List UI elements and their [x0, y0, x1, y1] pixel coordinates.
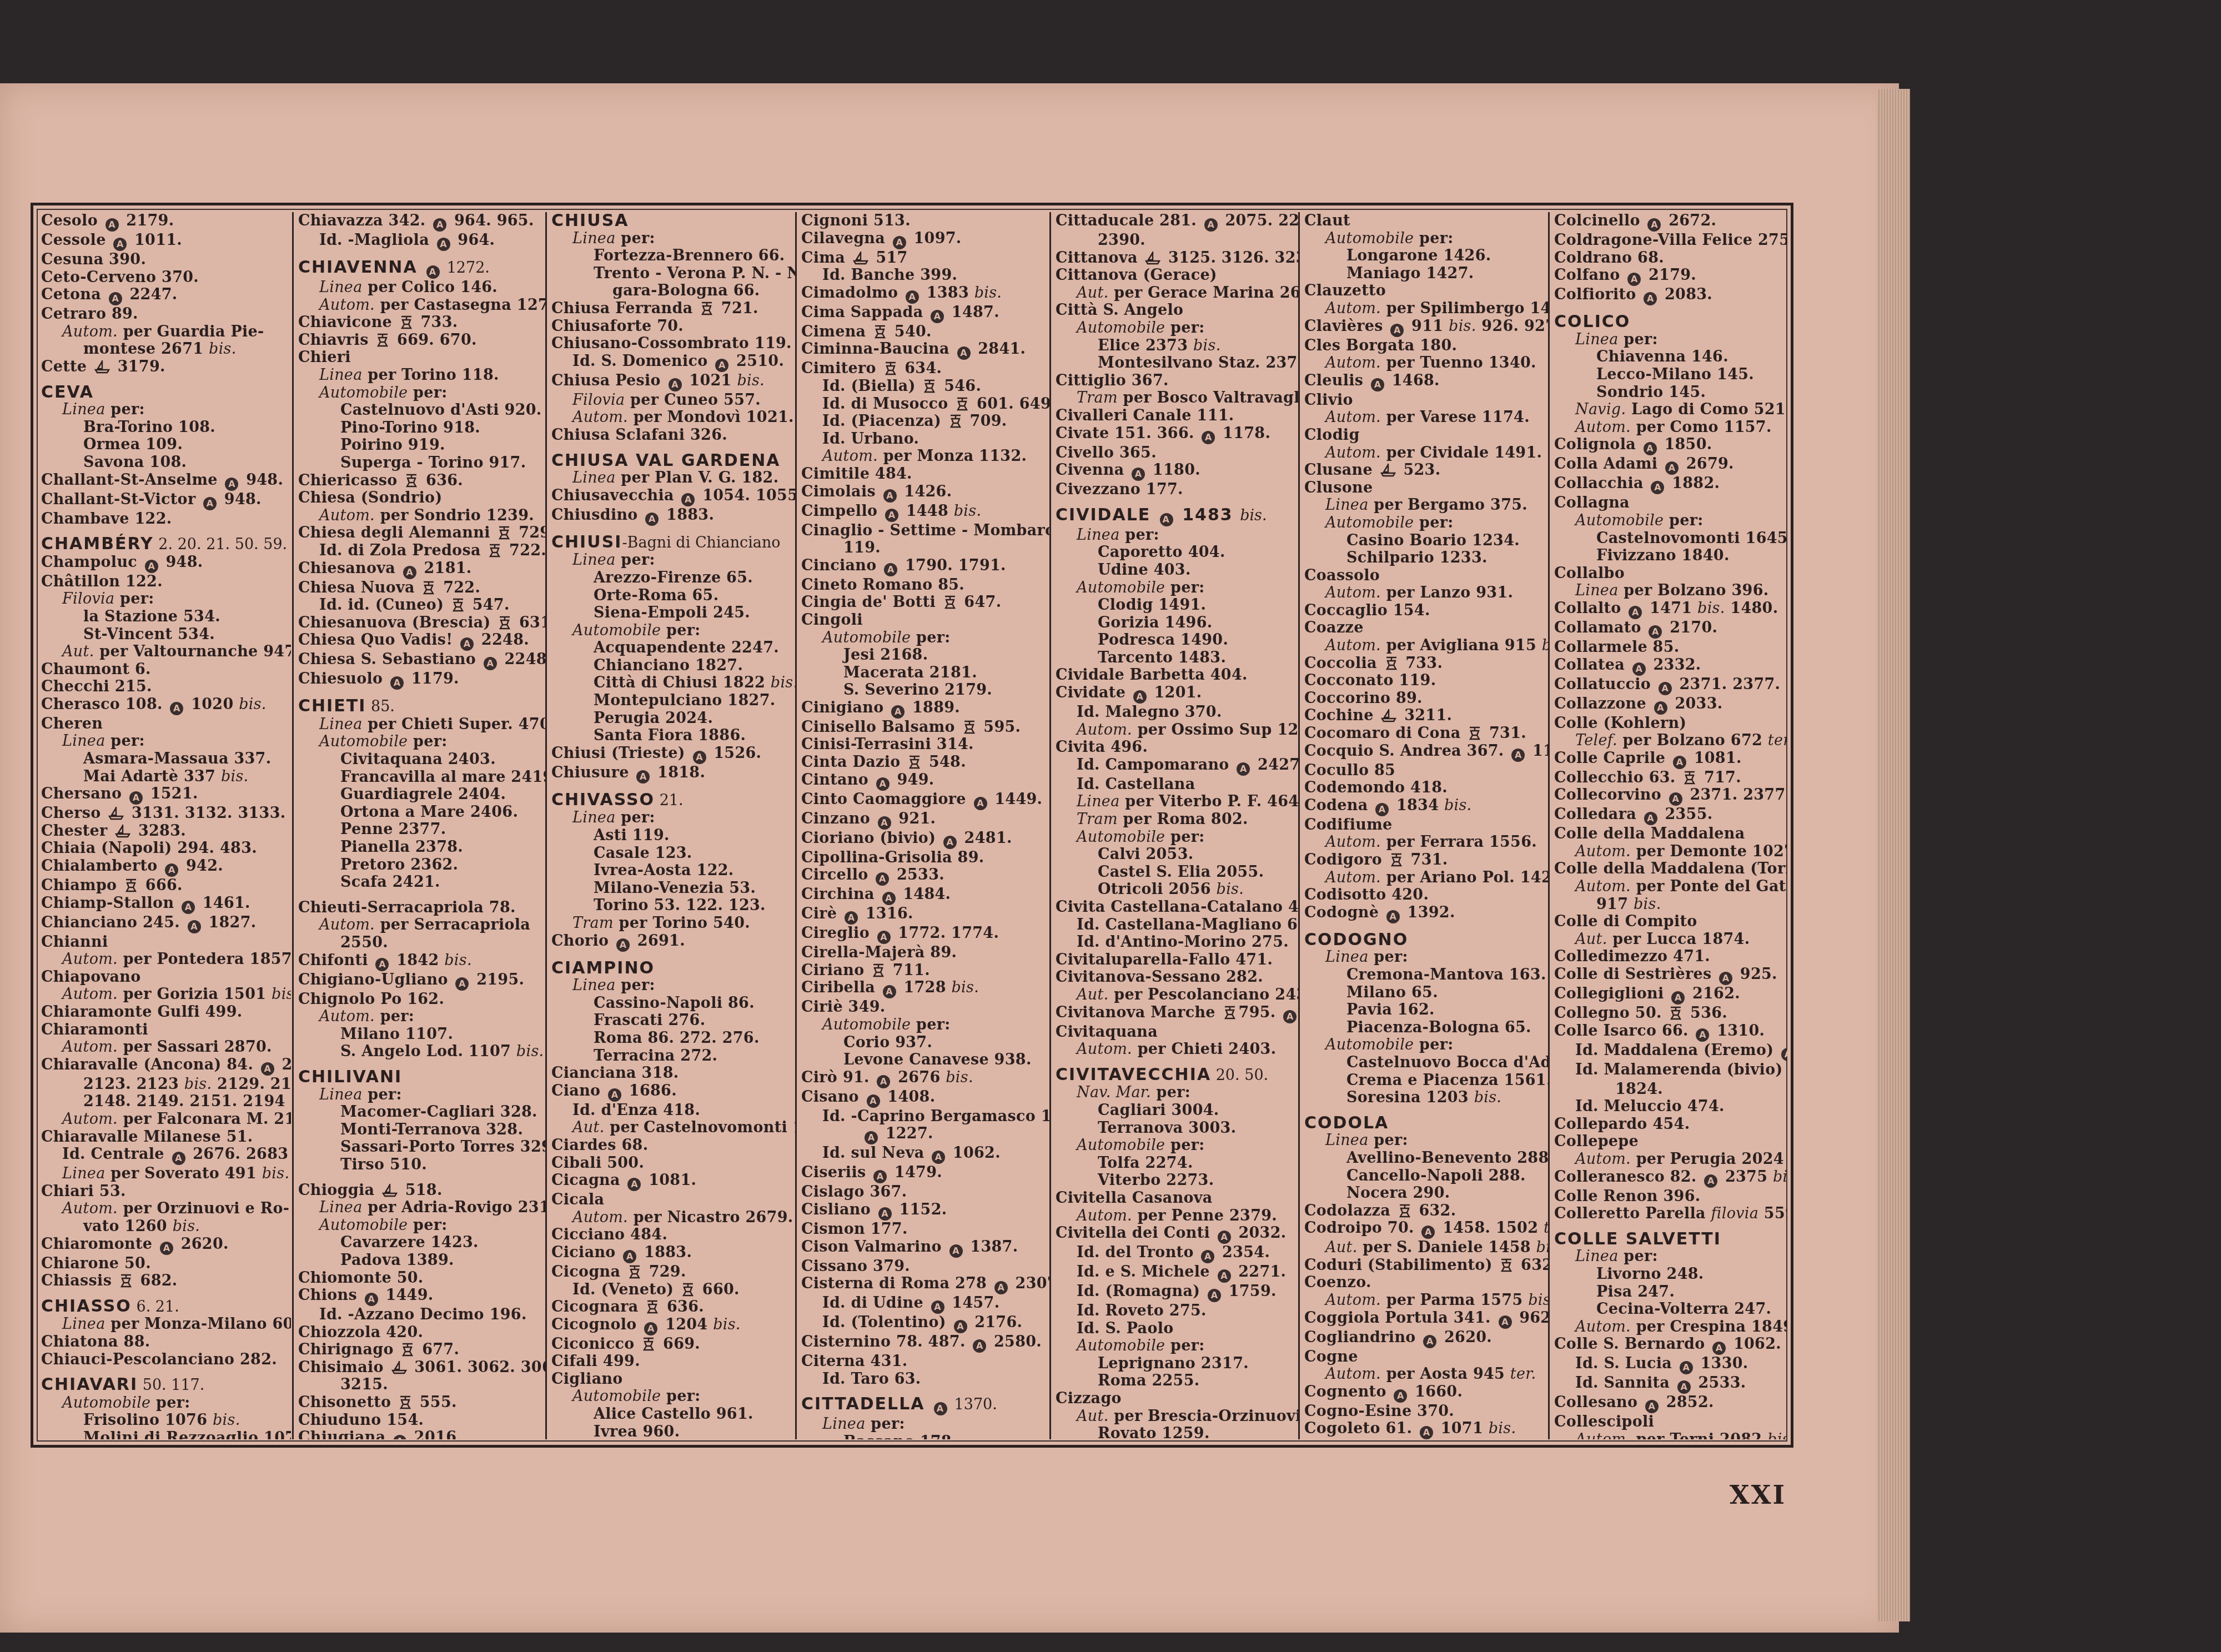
transport-type-label: Autom.: [1077, 1207, 1132, 1224]
entry-text: Collesano: [1554, 1394, 1643, 1411]
entry-text: per Nicastro 2679.: [628, 1209, 793, 1226]
entry-text: Colleranesco 82.: [1554, 1168, 1702, 1186]
entry-text: CHIAVENNA: [298, 258, 424, 277]
tram-icon: [642, 1337, 655, 1351]
index-subentry: Casale 123.: [551, 845, 796, 862]
entry-text: CODOLA: [1304, 1113, 1389, 1133]
transport-type-label: Linea: [319, 1086, 363, 1103]
entry-text: Id. Castellana-Magliano 65. 84.: [1077, 916, 1299, 933]
transport-type-label: Autom.: [572, 1209, 628, 1226]
index-entry: Cimadolmo A 1383 bis.: [801, 284, 1050, 304]
entry-text: Chisonetto: [298, 1394, 396, 1411]
bus-icon: A: [170, 702, 183, 715]
index-entry: Champoluc A 948.: [41, 554, 291, 573]
index-entry: Chirignago 677.: [298, 1341, 546, 1359]
entry-text: 1330.: [1695, 1355, 1748, 1372]
entry-text: Cirella-Majerà 89.: [801, 944, 957, 961]
tram-icon: [1683, 770, 1696, 785]
entry-text: Clauzetto: [1304, 282, 1386, 299]
index-entry: Cherasco 108. A 1020 bis.: [41, 696, 291, 715]
entry-text: per:: [114, 590, 154, 607]
index-entry: Chioggia 518.: [298, 1182, 546, 1199]
index-entry: Civitella Casanova: [1056, 1189, 1299, 1207]
transport-type-label: Autom.: [1325, 584, 1381, 601]
entry-text: Alice Castello 961.: [594, 1405, 753, 1423]
transport-type-label: Autom.: [1325, 637, 1381, 654]
entry-text: 2195.: [471, 971, 524, 988]
index-subentry: Id. sul Neva A 1062.: [801, 1144, 1050, 1164]
index-entry: Coldrano 68.: [1554, 249, 1787, 267]
bus-icon: A: [1673, 756, 1686, 769]
index-subentry: Tolfa 2274.: [1056, 1154, 1299, 1172]
index-entry: Chiesanuova (Brescia) 631.: [298, 614, 546, 632]
index-subentry: Linea per:: [1304, 948, 1549, 966]
transport-type-label: Linea: [62, 401, 105, 418]
entry-text: 1179.: [406, 670, 459, 687]
entry-text: CHILIVANI: [298, 1067, 402, 1087]
index-entry: Chiugiana A 2016.: [298, 1429, 546, 1439]
transport-type-label: Linea: [572, 551, 616, 569]
entry-text: Ivrea-Aosta 122.: [594, 862, 734, 879]
entry-text: Pavia 162.: [1346, 1001, 1435, 1018]
entry-text: Id. del Tronto: [1077, 1244, 1199, 1261]
entry-text: Chiavicone: [298, 314, 398, 331]
entry-text: per Viterbo P. F. 464.: [1120, 793, 1299, 810]
index-subentry: Bra-Torino 108.: [41, 419, 291, 436]
index-subentry: Macerata 2181.: [801, 664, 1050, 682]
index-subentry: la Stazione 534.: [41, 608, 291, 626]
entry-text: per Terni 2082: [1631, 1431, 1767, 1439]
entry-text: Cagliari 3004.: [1098, 1102, 1219, 1119]
entry-text: Cifali 499.: [551, 1353, 640, 1370]
index-entry: Coggiola Portula 341. A 962. 966. 972: [1304, 1309, 1549, 1329]
index-column-6: ClautAutomobile per:Longarone 1426.Mania…: [1298, 212, 1549, 1439]
index-entry: Claut: [1304, 212, 1549, 230]
index-subentry: Aut. per Lucca 1874.: [1554, 931, 1787, 948]
entry-text: Chiusa Ferranda: [551, 300, 698, 317]
entry-text: 1484.: [898, 886, 951, 903]
index-subentry: Nav. Mar. per:: [1056, 1084, 1299, 1102]
entry-text: Cocomaro di Cona: [1304, 725, 1466, 742]
index-entry: Chiapovano: [41, 968, 291, 986]
bus-icon: A: [129, 791, 143, 805]
entry-text: 2162.: [1687, 985, 1740, 1002]
index-entry: Colle di Sestrières A 925.: [1554, 966, 1787, 985]
entry-text: Chiaramonte Gulfi 499.: [41, 1003, 242, 1021]
entry-text: Jesi 2168.: [843, 646, 928, 664]
transport-type-label: Linea: [572, 977, 616, 994]
index-entry: Chignolo Po 162.: [298, 991, 546, 1008]
index-subentry: Ivrea-Aosta 122.: [551, 862, 796, 880]
index-entry: Chiericasso 636.: [298, 472, 546, 490]
transport-type-label: Autom.: [1575, 1318, 1631, 1335]
bus-icon: A: [426, 265, 440, 279]
bus-icon: A: [1719, 972, 1732, 985]
entry-text: per Mondovì 1021.: [628, 409, 794, 426]
index-entry: Cianciana 318.: [551, 1064, 796, 1082]
entry-text: CHAMBÉRY: [41, 534, 154, 554]
index-subentry: Montepulciano 1827.: [551, 692, 796, 710]
entry-text: per:: [1165, 1137, 1204, 1154]
index-subentry: Navig. Lago di Como 521. 522: [1554, 401, 1787, 419]
tram-icon: [1500, 1258, 1513, 1272]
entry-text: 2371. 2377.: [1685, 786, 1787, 804]
bus-icon: A: [943, 836, 957, 849]
bus-icon: A: [931, 310, 944, 323]
tram-icon: [451, 597, 465, 612]
index-subentry: Longarone 1426.: [1304, 247, 1549, 265]
entry-text: Torino 53. 122. 123.: [594, 897, 766, 914]
bus-icon: A: [693, 751, 706, 764]
index-entry: Coccorino 89.: [1304, 690, 1549, 707]
transport-type-label: Telef.: [1575, 732, 1617, 749]
entry-text: Cittanova: [1056, 249, 1143, 267]
transport-type-label: filovia: [1711, 1205, 1759, 1222]
index-subentry: Leprignano 2317.: [1056, 1355, 1299, 1373]
index-subentry: Id. Banche 399.: [801, 267, 1050, 284]
entry-text: Cingoli: [801, 611, 863, 629]
transport-type-label: Linea: [62, 1315, 105, 1333]
entry-text: 1480.: [1725, 600, 1778, 617]
index-entry: Cicciano 484.: [551, 1226, 796, 1244]
entry-text: Citerna 431.: [801, 1353, 908, 1370]
entry-text: Rovato 1259.: [1098, 1425, 1210, 1439]
index-entry: Châtillon 122.: [41, 573, 291, 591]
bus-icon: A: [608, 1088, 621, 1102]
entry-text: Cittaducale 281.: [1056, 212, 1202, 229]
entry-text: Ceto-Cerveno 370.: [41, 269, 199, 286]
entry-text: Id. Malegno 370.: [1077, 704, 1222, 721]
index-entry: Chiusa Sclafani 326.: [551, 426, 796, 444]
bus-icon: A: [867, 1094, 880, 1108]
bus-icon: A: [1671, 991, 1685, 1005]
entry-text: Civita Castellana-Catalano 464: [1056, 898, 1299, 916]
entry-text: Chisimaio: [298, 1359, 389, 1376]
entry-text: Civitaquana 2403.: [340, 751, 496, 768]
bus-icon: A: [1644, 292, 1657, 305]
entry-text: 682.: [135, 1272, 178, 1289]
bus-icon: A: [1627, 273, 1641, 286]
entry-text: per:: [408, 733, 447, 750]
index-entry: Chiusa Ferranda 721.: [551, 300, 796, 318]
entry-text: 1201.: [1149, 684, 1202, 701]
index-subentry: 2123. 2123 bis. 2129. 2141.: [41, 1076, 291, 1093]
index-entry: Colleranesco 82. A 2375 bis.: [1554, 1168, 1787, 1188]
transport-type-label: bis.: [771, 674, 796, 691]
entry-text: Codifiume: [1304, 816, 1393, 833]
index-subentry: Automobile per:: [551, 1388, 796, 1405]
entry-text: 1487.: [946, 304, 999, 321]
index-entry: Colle S. Bernardo A 1062.: [1554, 1335, 1787, 1355]
entry-text: per Demonte 1027.: [1631, 843, 1787, 860]
transport-type-label: Automobile: [572, 622, 661, 639]
entry-text: Colle S. Bernardo: [1554, 1335, 1710, 1353]
bus-icon: A: [957, 347, 971, 360]
entry-text: Coggiola Portula 341.: [1304, 1309, 1496, 1327]
index-entry: Chiaia (Napoli) 294. 483.: [41, 840, 291, 857]
index-subentry: Id. di Udine A 1457.: [801, 1294, 1050, 1314]
entry-text: Cherasco 108.: [41, 696, 168, 713]
entry-text: per Cividale 1491.: [1381, 444, 1542, 461]
transport-type-label: Navig.: [1575, 401, 1626, 418]
index-entry: Cinisi-Terrasini 314.: [801, 736, 1050, 754]
entry-text: 1526.: [708, 745, 762, 762]
entry-text: 1483: [1175, 505, 1240, 525]
entry-text: 964. 965.: [449, 212, 534, 229]
index-subentry: Cagliari 3004.: [1056, 1102, 1299, 1119]
entry-text: Viterbo 2273.: [1098, 1172, 1214, 1189]
index-entry: Codolazza 632.: [1304, 1202, 1549, 1220]
transport-type-label: Aut.: [1325, 1239, 1358, 1256]
bus-icon: A: [165, 863, 178, 877]
entry-text: 1383: [921, 284, 974, 302]
index-subentry: Id. -Magliola A 964.: [298, 232, 546, 251]
index-subentry: Id. (Biella) 546.: [801, 378, 1050, 395]
index-subentry: Terranova 3003.: [1056, 1119, 1299, 1137]
entry-text: 2181.: [419, 560, 472, 577]
entry-text: 2481.: [959, 830, 1012, 847]
entry-text: Chorio: [551, 932, 614, 950]
index-subentry: Linea per Torino 118.: [298, 366, 546, 384]
index-subentry: Tram per Torino 540.: [551, 915, 796, 932]
transport-type-label: Autom.: [319, 297, 375, 314]
entry-text: Colignola: [1554, 436, 1641, 453]
tram-icon: [399, 1395, 412, 1409]
entry-text: Claut: [1304, 212, 1350, 229]
index-subentry: Id. Roveto 275.: [1056, 1302, 1299, 1320]
entry-text: Cinto Caomaggiore: [801, 791, 972, 808]
entry-text: Champoluc: [41, 554, 143, 571]
transport-type-label: Automobile: [1325, 230, 1414, 247]
entry-text: Collalto: [1554, 600, 1626, 617]
entry-text: per:: [363, 1086, 402, 1103]
entry-text: Cinigiano: [801, 699, 889, 716]
transport-type-label: Linea: [1325, 948, 1369, 966]
entry-text: CHIUSA VAL GARDENA: [551, 451, 781, 470]
entry-text: Colla Adami: [1554, 455, 1663, 473]
index-subentry: Automobile per:: [1056, 1337, 1299, 1355]
index-entry: Coassolo: [1304, 567, 1549, 585]
bus-icon: A: [878, 816, 891, 830]
transport-type-label: Autom.: [62, 1038, 118, 1056]
index-entry: Colfano A 2179.: [1554, 267, 1787, 286]
entry-text: Cinta Dazio: [801, 754, 906, 771]
index-entry: Civenna A 1180.: [1056, 461, 1299, 481]
entry-text: Chiusa Sclafani 326.: [551, 426, 727, 444]
index-subentry: Rovato 1259.: [1056, 1425, 1299, 1439]
index-subentry: Linea per:: [551, 230, 796, 248]
entry-text: Collatea: [1554, 656, 1630, 674]
index-entry: Cette 3179.: [41, 358, 291, 376]
entry-text: Clavières: [1304, 318, 1388, 335]
entry-text: Id. di Musocco: [822, 395, 953, 413]
index-subentry: Lecco-Milano 145.: [1554, 366, 1787, 384]
entry-text: Caporetto 404.: [1098, 544, 1225, 561]
entry-text: Montepulciano 1827.: [594, 692, 775, 709]
transport-type-label: Automobile: [822, 1016, 911, 1033]
entry-text: Pretoro 2362.: [340, 856, 458, 873]
entry-text: Cicciano 484.: [551, 1226, 667, 1243]
bus-icon: A: [885, 509, 898, 522]
index-entry: Ciriè 349.: [801, 998, 1050, 1016]
entry-text: per Spilimbergo 1454: [1381, 300, 1549, 317]
transport-type-label: Automobile: [319, 733, 408, 750]
entry-text: 21.: [655, 792, 684, 809]
transport-type-label: bis.: [1240, 507, 1267, 524]
entry-text: 2075. 2208: [1220, 212, 1299, 229]
index-entry: Cimolais A 1426.: [801, 483, 1050, 503]
index-subentry: Id. S. Domenico A 2510.: [551, 353, 796, 372]
bus-icon: A: [878, 1207, 892, 1221]
transport-type-label: Linea: [62, 1165, 105, 1182]
entry-text: 6. 21.: [132, 1298, 179, 1315]
entry-text: Coassolo: [1304, 567, 1380, 584]
entry-text: 2550.: [340, 934, 388, 951]
index-subentry: Automobile per:: [298, 733, 546, 751]
bus-icon: A: [1390, 324, 1404, 337]
index-entry: Cicagna A 1081.: [551, 1172, 796, 1191]
bus-icon: A: [203, 497, 217, 510]
tram-icon: [963, 720, 976, 734]
entry-text: per:: [616, 230, 655, 247]
entry-text: 536.: [1685, 1005, 1727, 1022]
entry-text: per:: [1165, 828, 1204, 846]
index-subentry: Calvi 2053.: [1056, 846, 1299, 863]
index-subentry: Id. -Caprino Bergamasco 154.: [801, 1108, 1050, 1126]
entry-text: Codroipo 70.: [1304, 1219, 1419, 1237]
entry-text: 2679.: [1681, 455, 1734, 473]
entry-text: Id. Malamerenda (bivio): [1575, 1061, 1787, 1078]
index-entry: Circello A 2533.: [801, 866, 1050, 886]
index-entry: Cioriano (bivio) A 2481.: [801, 830, 1050, 849]
index-subentry: Guardiagrele 2404.: [298, 786, 546, 804]
entry-text: Tarcento 1483.: [1098, 649, 1226, 666]
entry-text: 2179.: [121, 212, 174, 229]
transport-type-label: bis.: [1489, 1420, 1516, 1437]
entry-text: Cinzano: [801, 810, 876, 827]
transport-type-label: Filovia: [62, 590, 114, 607]
entry-text: per Gerace Marina 2699.: [1109, 284, 1299, 302]
entry-text: Bassano 178.: [843, 1433, 957, 1439]
index-subentry: Orte-Roma 65.: [551, 587, 796, 605]
index-entry: Chiarone 50.: [41, 1255, 291, 1273]
entry-text: 660.: [697, 1281, 740, 1298]
index-subentry: vato 1260 bis.: [41, 1218, 291, 1236]
entry-text: per:: [866, 1415, 905, 1433]
index-subentry: Castel S. Elia 2055.: [1056, 863, 1299, 881]
entry-text: Id. Campomarano: [1077, 756, 1234, 774]
index-subentry: Linea per Plan V. G. 182.: [551, 469, 796, 487]
index-subentry: Id. (Veneto) 660.: [551, 1281, 796, 1299]
entry-text: Cicagna: [551, 1172, 625, 1189]
transport-type-label: Tram: [1077, 811, 1118, 828]
entry-text: Lago di Como 521. 522: [1626, 401, 1787, 418]
section-heading: CODOLA: [1304, 1114, 1549, 1132]
tram-icon: [681, 1282, 695, 1297]
index-entry: Collarmele 85.: [1554, 639, 1787, 656]
index-subentry: Terracina 272.: [551, 1047, 796, 1065]
index-entry: Cimitero 634.: [801, 360, 1050, 378]
index-subentry: Automobile per:: [1056, 579, 1299, 597]
index-entry: Codroipo 70. A 1458. 1502 ter.: [1304, 1219, 1549, 1239]
entry-text: per:: [616, 977, 655, 994]
entry-text: Avellino-Benevento 288.: [1346, 1149, 1549, 1167]
entry-text: per:: [1120, 526, 1159, 544]
index-subentry: Santa Fiora 1886.: [551, 727, 796, 745]
index-subentry: Autom. per Chieti 2403.: [1056, 1041, 1299, 1058]
entry-text: per Plan V. G. 182.: [616, 469, 779, 486]
index-subentry: Autom. per Mondovì 1021.: [551, 409, 796, 426]
entry-text: Coldrano 68.: [1554, 249, 1664, 267]
transport-type-label: Linea: [319, 279, 363, 296]
entry-text: 2841.: [973, 340, 1026, 358]
index-subentry: Automobile per:: [1056, 1137, 1299, 1154]
index-entry: Chiampo 666.: [41, 877, 291, 895]
index-entry: Cicognolo A 1204 bis.: [551, 1316, 796, 1335]
index-subentry: Linea per:: [41, 732, 291, 750]
entry-text: Chiusavecchia: [551, 487, 679, 504]
entry-text: 911: [1406, 318, 1449, 335]
index-subentry: Id. di Musocco 601. 649: [801, 395, 1050, 413]
entry-text: Id. Castellana: [1077, 776, 1195, 793]
index-subentry: Soresina 1203 bis.: [1304, 1089, 1549, 1107]
entry-text: 1850.: [1659, 436, 1712, 453]
entry-text: Chiapovano: [41, 968, 141, 986]
index-subentry: Automobile per:: [1056, 828, 1299, 846]
index-subentry: Autom. per Spilimbergo 1454: [1304, 300, 1549, 318]
entry-text: 666.: [140, 877, 183, 894]
entry-text: Coldragone-Villa Felice 275.: [1554, 232, 1787, 249]
index-subentry: Id. Sannita A 2533.: [1554, 1374, 1787, 1394]
entry-text: per Ossimo Sup 1254.: [1132, 721, 1299, 739]
index-subentry: Pretoro 2362.: [298, 856, 546, 874]
entry-text: Id. (Veneto): [572, 1281, 679, 1298]
entry-text: Chiaravalle Milanese 51.: [41, 1128, 253, 1146]
page-number: XXI: [1730, 1480, 1786, 1510]
bus-icon: A: [1644, 812, 1657, 825]
index-entry: Cesuna 390.: [41, 251, 291, 269]
entry-text: Chiesa S. Sebastiano: [298, 651, 481, 668]
transport-type-label: Filovia: [572, 391, 625, 409]
index-entry: Cimena 540.: [801, 323, 1050, 341]
index-subentry: Linea per:: [41, 401, 291, 419]
entry-text: per Torino 118.: [363, 366, 499, 384]
entry-text: Civitella dei Conti: [1056, 1224, 1215, 1242]
tram-icon: [1390, 852, 1403, 867]
entry-text: per Pescolanciano 2434: [1109, 986, 1299, 1003]
entry-text: Id. -Magliola: [319, 232, 435, 249]
entry-text: per:: [1165, 1337, 1204, 1354]
tram-icon: [923, 379, 936, 393]
transport-type-label: Autom.: [319, 1008, 375, 1025]
entry-text: Cinciano: [801, 557, 882, 574]
entry-text: Terracina 272.: [594, 1047, 717, 1064]
entry-text: Soresina 1203: [1346, 1089, 1474, 1106]
bus-icon: A: [403, 566, 416, 579]
transport-type-label: bis.: [262, 1165, 290, 1182]
entry-text: 1204: [660, 1316, 713, 1333]
entry-text: Chiampo: [41, 877, 122, 894]
entry-text: Colle di Compito: [1554, 913, 1697, 930]
transport-type-label: Linea: [572, 809, 616, 826]
entry-text: Città S. Angelo: [1056, 302, 1183, 319]
entry-text: Cintano: [801, 771, 874, 789]
index-subentry: Roma 2255.: [1056, 1372, 1299, 1390]
index-subentry: Penne 2377.: [298, 821, 546, 838]
index-subentry: Automobile per:: [551, 622, 796, 640]
index-subentry: St-Vincent 534.: [41, 626, 291, 644]
index-subentry: Linea per Adria-Rovigo 231.: [298, 1199, 546, 1217]
